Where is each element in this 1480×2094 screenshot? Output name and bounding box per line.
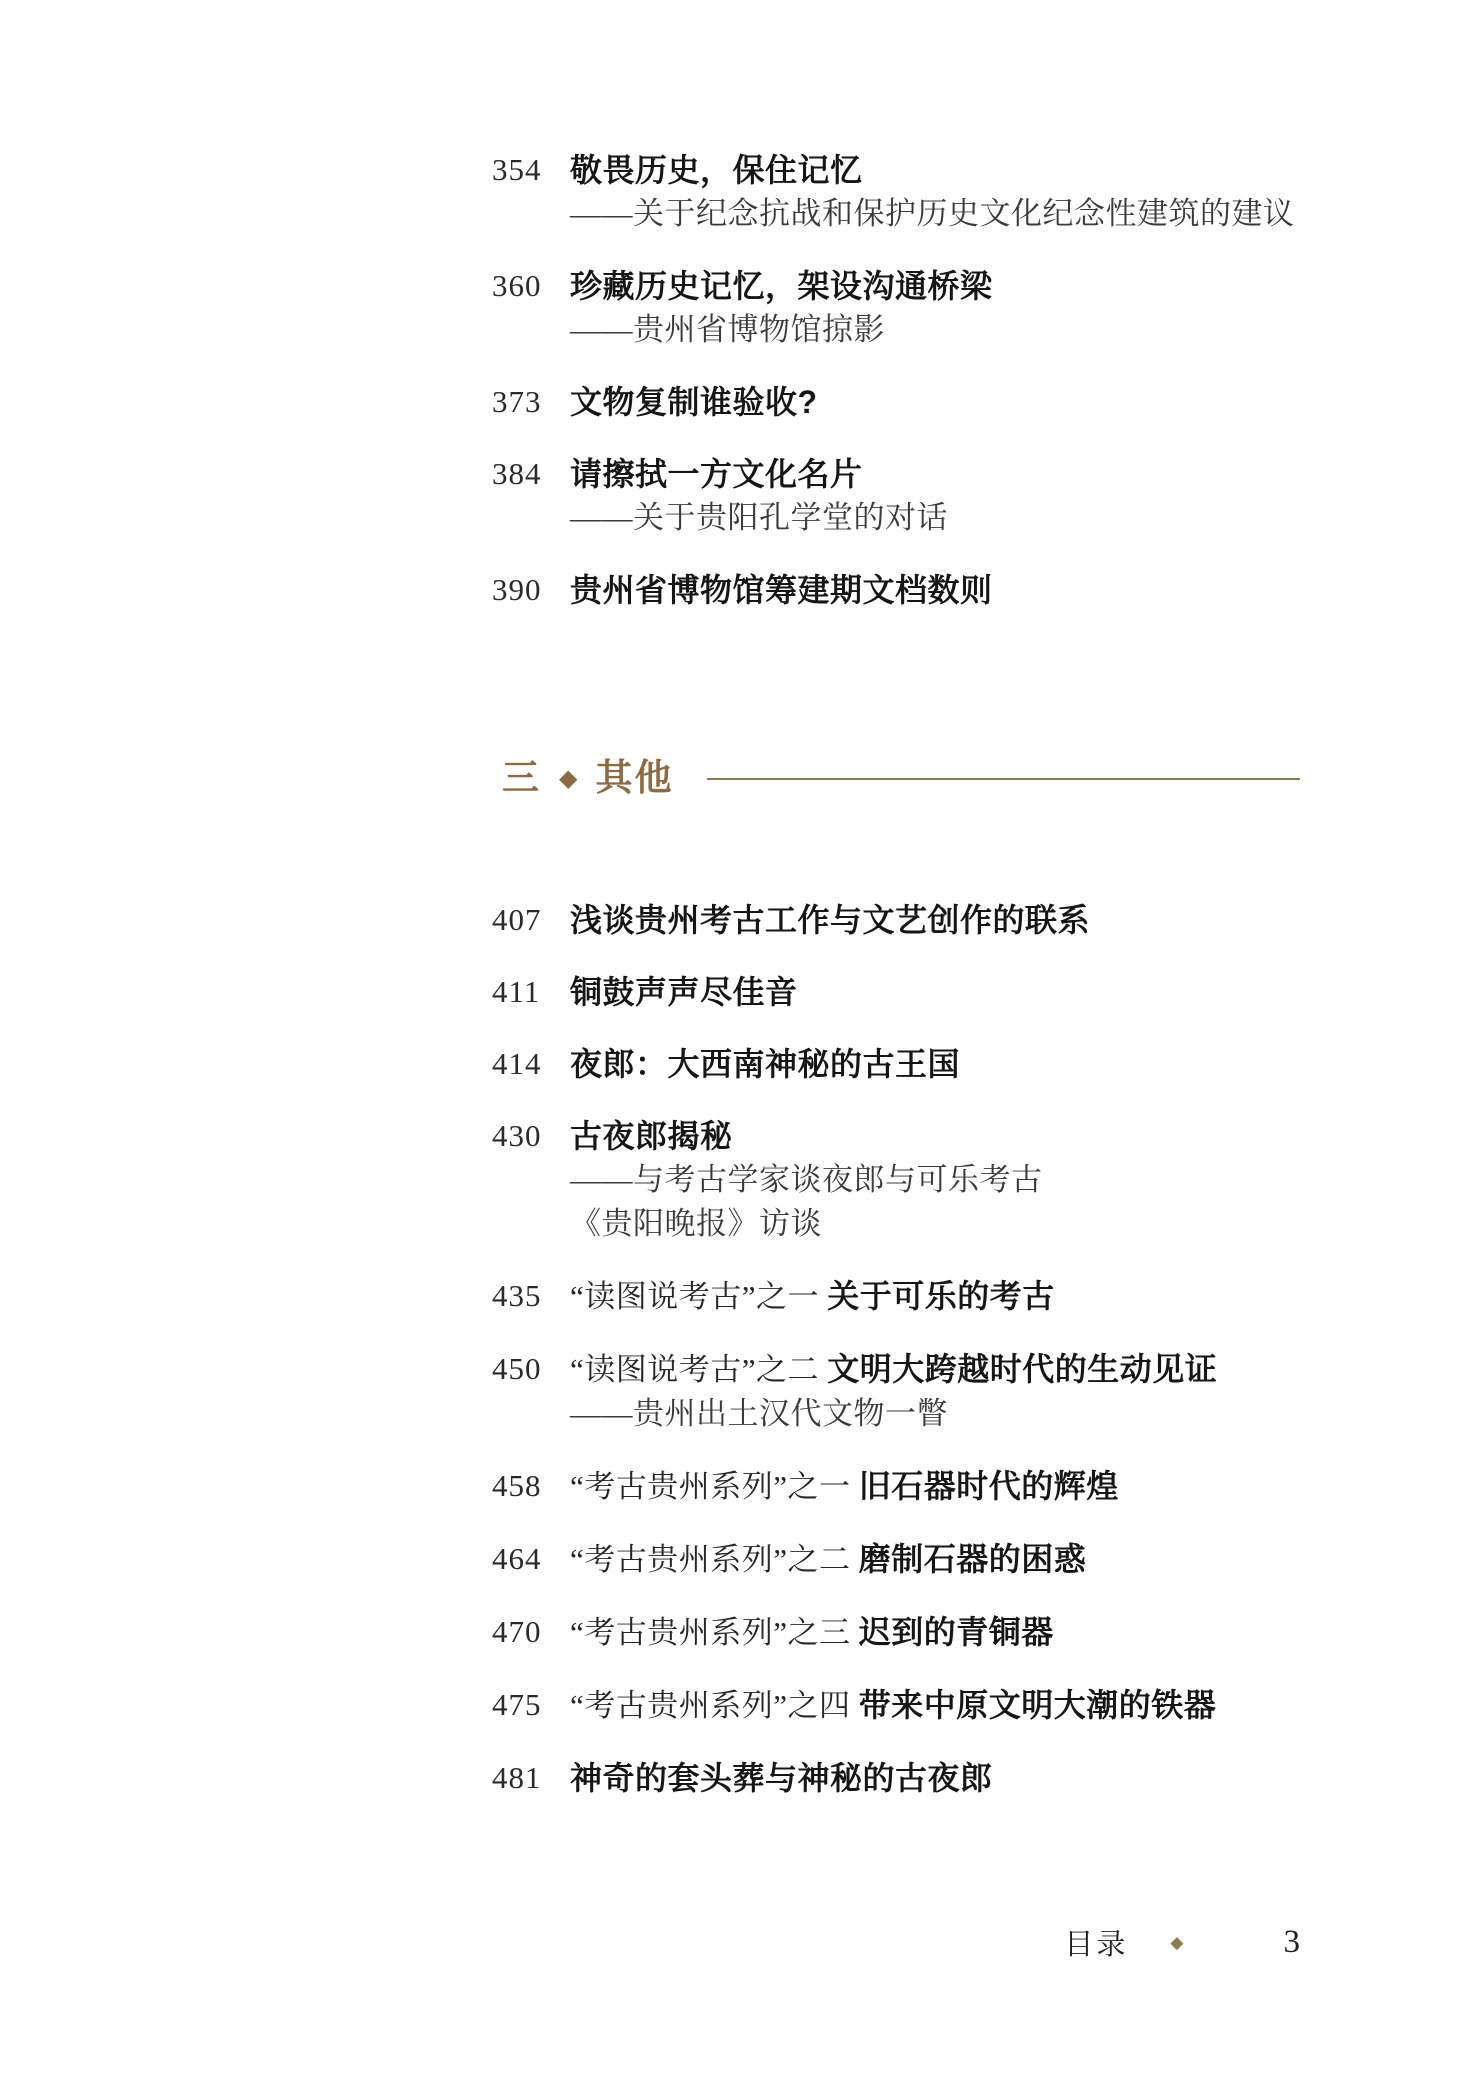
toc-entry: 450 “读图说考古”之二 文明大跨越时代的生动见证 ——贵州出土汉代文物一瞥 bbox=[492, 1347, 1300, 1436]
entry-title-line: 敬畏历史，保住记忆 bbox=[570, 148, 1300, 192]
entry-page-number: 407 bbox=[492, 898, 570, 942]
entry-body: “考古贵州系列”之四 带来中原文明大潮的铁器 bbox=[570, 1683, 1300, 1728]
entry-body: 神奇的套头葬与神秘的古夜郎 bbox=[570, 1756, 1300, 1800]
entry-title: 神奇的套头葬与神秘的古夜郎 bbox=[570, 1760, 993, 1796]
toc: 354 敬畏历史，保住记忆 ——关于纪念抗战和保护历史文化纪念性建筑的建议 36… bbox=[0, 0, 1480, 1800]
entry-title-line: 夜郎：大西南神秘的古王国 bbox=[570, 1042, 1300, 1086]
entry-title-line: “考古贵州系列”之四 带来中原文明大潮的铁器 bbox=[570, 1683, 1300, 1728]
entry-title: 铜鼓声声尽佳音 bbox=[570, 974, 798, 1010]
entry-series-prefix: “读图说考古”之一 bbox=[570, 1279, 827, 1314]
entry-title-line: 浅谈贵州考古工作与文艺创作的联系 bbox=[570, 898, 1300, 942]
entry-series-prefix: “考古贵州系列”之四 bbox=[570, 1688, 859, 1723]
toc-entry: 411 铜鼓声声尽佳音 bbox=[492, 970, 1300, 1014]
entry-title-line: 文物复制谁验收? bbox=[570, 380, 1300, 424]
entry-title-line: “读图说考古”之二 文明大跨越时代的生动见证 bbox=[570, 1347, 1300, 1392]
entry-page-number: 475 bbox=[492, 1683, 570, 1727]
entry-title: 古夜郎揭秘 bbox=[570, 1118, 733, 1154]
toc-entry: 373 文物复制谁验收? bbox=[492, 380, 1300, 424]
entry-series-prefix: “考古贵州系列”之一 bbox=[570, 1469, 859, 1504]
footer-label: 目录 bbox=[1064, 1922, 1128, 1963]
entry-page-number: 360 bbox=[492, 264, 570, 308]
entry-page-number: 470 bbox=[492, 1610, 570, 1654]
toc-entry: 384 请擦拭一方文化名片 ——关于贵阳孔学堂的对话 bbox=[492, 452, 1300, 540]
entry-body: 珍藏历史记忆，架设沟通桥梁 ——贵州省博物馆掠影 bbox=[570, 264, 1300, 352]
toc-entry: 475 “考古贵州系列”之四 带来中原文明大潮的铁器 bbox=[492, 1683, 1300, 1728]
entry-page-number: 411 bbox=[492, 970, 570, 1014]
entry-page-number: 458 bbox=[492, 1464, 570, 1508]
entry-title: 敬畏历史，保住记忆 bbox=[570, 152, 863, 188]
entry-subtitle: ——与考古学家谈夜郎与可乐考古 bbox=[570, 1158, 1300, 1202]
toc-page: 354 敬畏历史，保住记忆 ——关于纪念抗战和保护历史文化纪念性建筑的建议 36… bbox=[0, 0, 1480, 2094]
entry-page-number: 435 bbox=[492, 1274, 570, 1318]
entry-title-line: “考古贵州系列”之三 迟到的青铜器 bbox=[570, 1610, 1300, 1655]
entry-body: “读图说考古”之一 关于可乐的考古 bbox=[570, 1274, 1300, 1319]
entry-title: 浅谈贵州考古工作与文艺创作的联系 bbox=[570, 902, 1090, 938]
entry-subtitle: 《贵阳晚报》访谈 bbox=[570, 1202, 1300, 1246]
entry-title: 磨制石器的困惑 bbox=[859, 1541, 1087, 1577]
entry-series-prefix: “读图说考古”之二 bbox=[570, 1352, 827, 1387]
toc-entry: 481 神奇的套头葬与神秘的古夜郎 bbox=[492, 1756, 1300, 1800]
entry-title-line: “考古贵州系列”之一 旧石器时代的辉煌 bbox=[570, 1464, 1300, 1509]
entry-title: 旧石器时代的辉煌 bbox=[859, 1468, 1119, 1504]
entry-title: 贵州省博物馆筹建期文档数则 bbox=[570, 572, 993, 608]
entry-title-line: 请擦拭一方文化名片 bbox=[570, 452, 1300, 496]
toc-entry: 360 珍藏历史记忆，架设沟通桥梁 ——贵州省博物馆掠影 bbox=[492, 264, 1300, 352]
entry-page-number: 430 bbox=[492, 1114, 570, 1158]
section-title: 其他 bbox=[595, 754, 673, 804]
entry-page-number: 450 bbox=[492, 1347, 570, 1391]
entry-title: 夜郎：大西南神秘的古王国 bbox=[570, 1046, 960, 1082]
entry-page-number: 384 bbox=[492, 452, 570, 496]
entry-title: 请擦拭一方文化名片 bbox=[570, 456, 863, 492]
toc-entry: 435 “读图说考古”之一 关于可乐的考古 bbox=[492, 1274, 1300, 1319]
section-diamond-icon: ◆ bbox=[559, 754, 577, 804]
entry-subtitle: ——关于贵阳孔学堂的对话 bbox=[570, 496, 1300, 540]
footer-diamond-icon: ◆ bbox=[1170, 1933, 1183, 1953]
entry-title-line: 古夜郎揭秘 bbox=[570, 1114, 1300, 1158]
entry-body: 请擦拭一方文化名片 ——关于贵阳孔学堂的对话 bbox=[570, 452, 1300, 540]
footer-page-number: 3 bbox=[1284, 1924, 1301, 1961]
entry-subtitle: ——贵州省博物馆掠影 bbox=[570, 308, 1300, 352]
toc-entry: 464 “考古贵州系列”之二 磨制石器的困惑 bbox=[492, 1537, 1300, 1582]
entry-title: 珍藏历史记忆，架设沟通桥梁 bbox=[570, 268, 993, 304]
entry-title-line: “考古贵州系列”之二 磨制石器的困惑 bbox=[570, 1537, 1300, 1582]
page-footer: 目录 ◆ 3 bbox=[1064, 1922, 1300, 1963]
section-numeral: 三 bbox=[502, 754, 541, 804]
entry-page-number: 414 bbox=[492, 1042, 570, 1086]
entry-body: 贵州省博物馆筹建期文档数则 bbox=[570, 568, 1300, 612]
toc-entry: 390 贵州省博物馆筹建期文档数则 bbox=[492, 568, 1300, 612]
entry-body: 浅谈贵州考古工作与文艺创作的联系 bbox=[570, 898, 1300, 942]
entry-title: 文物复制谁验收? bbox=[570, 384, 818, 420]
entry-title: 文明大跨越时代的生动见证 bbox=[827, 1351, 1217, 1387]
entry-title: 关于可乐的考古 bbox=[827, 1278, 1055, 1314]
entry-page-number: 390 bbox=[492, 568, 570, 612]
toc-entry: 414 夜郎：大西南神秘的古王国 bbox=[492, 1042, 1300, 1086]
entry-title-line: 铜鼓声声尽佳音 bbox=[570, 970, 1300, 1014]
toc-entry: 407 浅谈贵州考古工作与文艺创作的联系 bbox=[492, 898, 1300, 942]
entry-page-number: 481 bbox=[492, 1756, 570, 1800]
entry-body: “考古贵州系列”之一 旧石器时代的辉煌 bbox=[570, 1464, 1300, 1509]
entry-page-number: 373 bbox=[492, 380, 570, 424]
entry-subtitle: ——贵州出土汉代文物一瞥 bbox=[570, 1392, 1300, 1436]
entry-page-number: 464 bbox=[492, 1537, 570, 1581]
entry-title: 带来中原文明大潮的铁器 bbox=[859, 1687, 1217, 1723]
entry-series-prefix: “考古贵州系列”之三 bbox=[570, 1615, 859, 1650]
entry-subtitle: ——关于纪念抗战和保护历史文化纪念性建筑的建议 bbox=[570, 192, 1300, 236]
toc-entry: 430 古夜郎揭秘 ——与考古学家谈夜郎与可乐考古《贵阳晚报》访谈 bbox=[492, 1114, 1300, 1246]
entry-series-prefix: “考古贵州系列”之二 bbox=[570, 1542, 859, 1577]
entry-body: 文物复制谁验收? bbox=[570, 380, 1300, 424]
entry-body: 铜鼓声声尽佳音 bbox=[570, 970, 1300, 1014]
toc-entry: 354 敬畏历史，保住记忆 ——关于纪念抗战和保护历史文化纪念性建筑的建议 bbox=[492, 148, 1300, 236]
section-rule-line bbox=[707, 778, 1300, 780]
entry-body: 古夜郎揭秘 ——与考古学家谈夜郎与可乐考古《贵阳晚报》访谈 bbox=[570, 1114, 1300, 1246]
entry-body: 敬畏历史，保住记忆 ——关于纪念抗战和保护历史文化纪念性建筑的建议 bbox=[570, 148, 1300, 236]
entry-body: 夜郎：大西南神秘的古王国 bbox=[570, 1042, 1300, 1086]
entry-title-line: 神奇的套头葬与神秘的古夜郎 bbox=[570, 1756, 1300, 1800]
entry-title: 迟到的青铜器 bbox=[859, 1614, 1054, 1650]
entry-title-line: 珍藏历史记忆，架设沟通桥梁 bbox=[570, 264, 1300, 308]
entry-title-line: “读图说考古”之一 关于可乐的考古 bbox=[570, 1274, 1300, 1319]
toc-entry: 470 “考古贵州系列”之三 迟到的青铜器 bbox=[492, 1610, 1300, 1655]
toc-entry: 458 “考古贵州系列”之一 旧石器时代的辉煌 bbox=[492, 1464, 1300, 1509]
section-header: 三 ◆ 其他 bbox=[502, 754, 1300, 804]
entry-page-number: 354 bbox=[492, 148, 570, 192]
entry-title-line: 贵州省博物馆筹建期文档数则 bbox=[570, 568, 1300, 612]
entry-body: “考古贵州系列”之二 磨制石器的困惑 bbox=[570, 1537, 1300, 1582]
entry-body: “考古贵州系列”之三 迟到的青铜器 bbox=[570, 1610, 1300, 1655]
entry-body: “读图说考古”之二 文明大跨越时代的生动见证 ——贵州出土汉代文物一瞥 bbox=[570, 1347, 1300, 1436]
